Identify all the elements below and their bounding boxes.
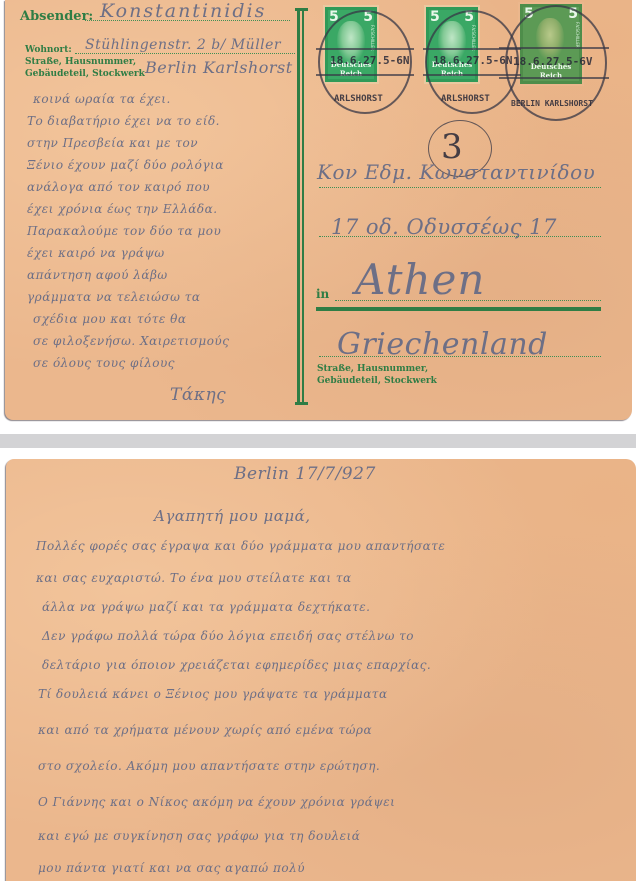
message-line: έχει καιρό να γράψω — [27, 246, 165, 260]
recipient-line-2 — [319, 236, 601, 237]
postcard-front: Absender: Konstantinidis Wohnort: Stühli… — [5, 0, 632, 420]
sender-street-label-2: Gebäudeteil, Stockwerk — [25, 69, 145, 79]
letter-line: και από τα χρήματα μένουν χωρίς από εμέν… — [38, 723, 372, 737]
letter-line: Τί δουλειά κάνει ο Ξένιος μου γράψατε τα… — [38, 687, 388, 701]
sender-label: Absender: — [20, 9, 93, 24]
postmark-date: 18.6.27.5-6N — [330, 54, 409, 67]
postmark-town: ARLSHORST — [334, 94, 383, 104]
postmark-date: 18.6.27.5-6N — [433, 54, 512, 67]
residence-handwriting: Stühlingenstr. 2 b/ Müller — [85, 37, 281, 53]
postmark-3: 18.6.27.5-6V BERLIN KARLSHORST — [505, 5, 607, 121]
postmark-town: BERLIN KARLSHORST — [511, 99, 593, 108]
recipient-city: Athen — [355, 255, 485, 304]
vertical-divider — [297, 8, 306, 405]
image-separator — [0, 434, 636, 448]
residence-dotted-line — [75, 53, 295, 54]
message-line: σχέδια μου και τότε θα — [33, 312, 186, 326]
country-dotted-line — [319, 356, 601, 357]
message-line: Παρακαλούμε τον δύο τα μου — [27, 224, 221, 238]
message-line: Το διαβατήριο έχει να το είδ. — [27, 114, 220, 128]
message-line: Ξένιο έχουν μαζί δύο ρολόγια — [27, 158, 224, 172]
letter-line: Πολλές φορές σας έγραψα και δύο γράμματα… — [36, 539, 445, 553]
letter-line: δελτάριο για όποιον χρειάζεται εφημερίδε… — [42, 658, 431, 672]
letter-line: Ο Γιάννης και ο Νίκος ακόμη να έχουν χρό… — [38, 795, 395, 809]
date-line: Berlin 17/7/927 — [234, 464, 376, 484]
stamp-value: 5 — [430, 9, 440, 25]
message-line: κοινά ωραία τα έχει. — [33, 92, 171, 106]
signature: Τάκης — [170, 385, 226, 405]
letter-line: και εγώ με συγκίνηση σας γράφω για τη δο… — [38, 829, 360, 843]
city-dotted-line — [335, 300, 601, 301]
letter-line: μου πάντα γιατί και να σας αγαπώ πολύ — [38, 861, 305, 875]
letter-line: και σας ευχαριστώ. Το ένα μου στείλατε κ… — [36, 571, 352, 585]
in-label: in — [316, 287, 329, 301]
postmark-date: 18.6.27.5-6V — [513, 55, 592, 68]
letter-line: στο σχολείο. Ακόμη μου απαντήσατε στην ε… — [38, 759, 380, 773]
recipient-street-label-2: Gebäudeteil, Stockwerk — [317, 376, 437, 386]
message-line: στην Πρεσβεία και με τον — [27, 136, 198, 150]
message-line: έχει χρόνια έως την Ελλάδα. — [27, 202, 218, 216]
recipient-name: Κον Εδμ. Κωνσταντινίδου — [317, 160, 595, 184]
residence-handwriting-2: Berlin Karlshorst — [145, 58, 293, 77]
sender-street-label-1: Straße, Hausnummer, — [25, 57, 136, 67]
postmark-1: 18.6.27.5-6N ARLSHORST — [318, 10, 412, 114]
message-line: ανάλογα από τον καιρό που — [27, 180, 210, 194]
residence-label: Wohnort: — [25, 45, 72, 55]
city-underline — [316, 307, 601, 311]
recipient-street-label-1: Straße, Hausnummer, — [317, 364, 428, 374]
message-line: γράμματα να τελειώσω τα — [27, 290, 200, 304]
letter-line: Δεν γράφω πολλά τώρα δύο λόγια επειδή σα… — [42, 629, 414, 643]
salutation: Αγαπητή μου μαμά, — [154, 507, 311, 525]
message-line: σε όλους τους φίλους — [33, 356, 175, 370]
sender-name-handwriting: Konstantinidis — [100, 0, 266, 22]
postmark-town: ARLSHORST — [441, 94, 490, 104]
message-line: σε φιλοξενήσω. Χαιρετισμούς — [33, 334, 229, 348]
postcard-back: Berlin 17/7/927 Αγαπητή μου μαμά, Πολλές… — [6, 459, 636, 881]
recipient-line-1 — [319, 187, 601, 188]
letter-line: άλλα να γράψω μαζί και τα γράμματα δεχτή… — [42, 600, 370, 614]
message-line: απάντηση αφού λάβω — [27, 268, 168, 282]
